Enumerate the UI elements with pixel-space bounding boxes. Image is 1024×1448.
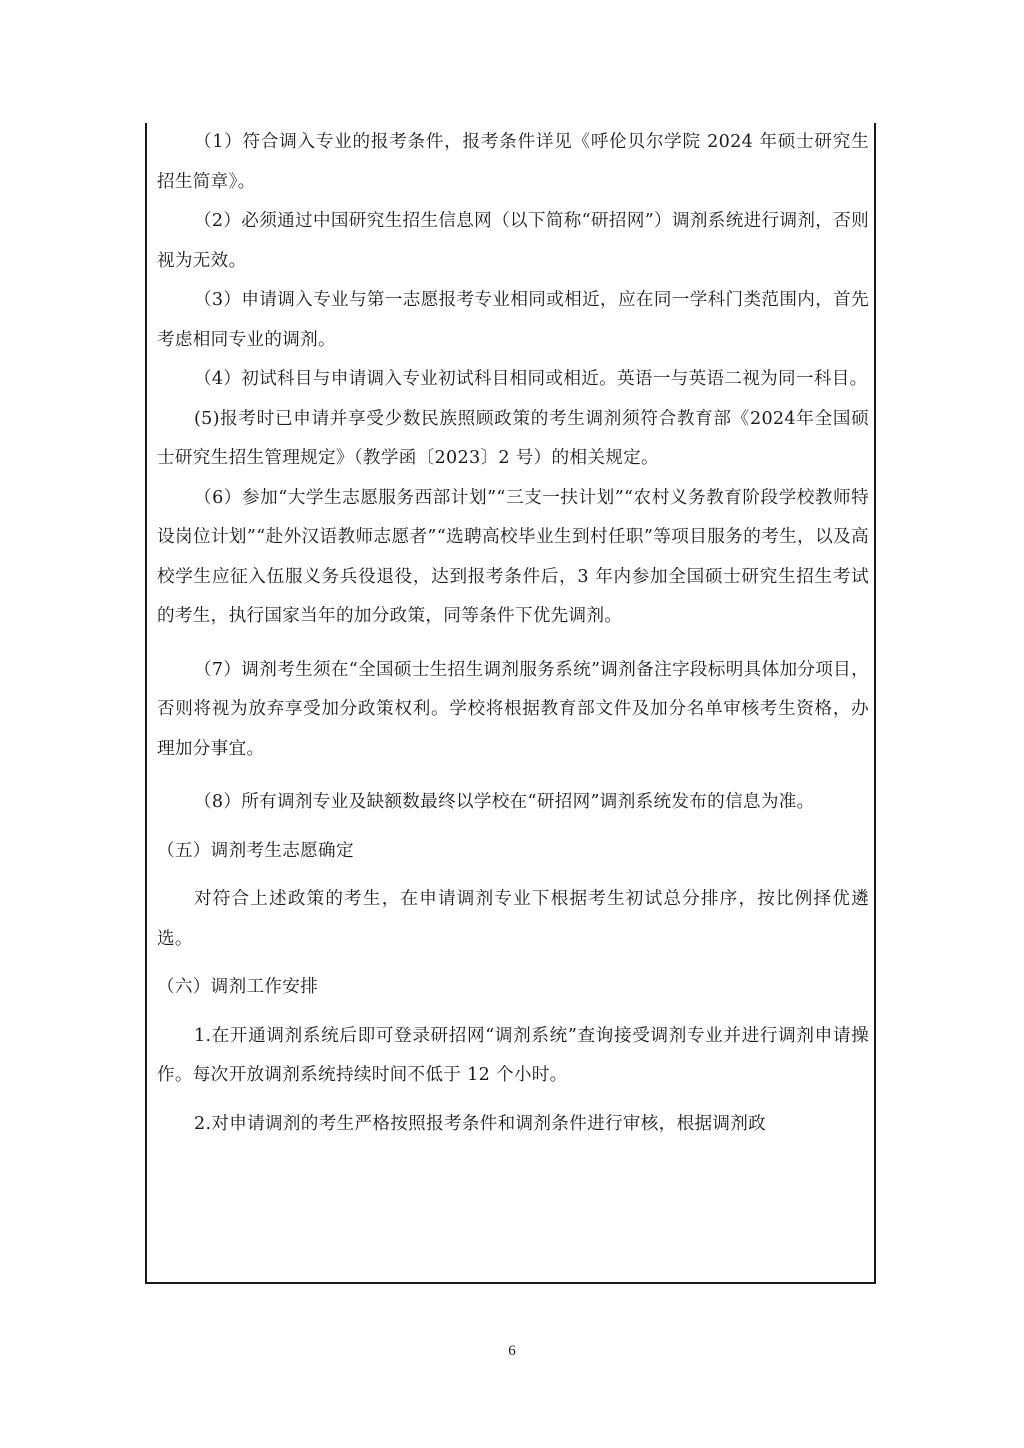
section-5-body: 对符合上述政策的考生，在申请调剂专业下根据考生初试总分排序，按比例择优遴选。: [157, 880, 869, 959]
condition-5: (5)报考时已申请并享受少数民族照顾政策的考生调剂须符合教育部《2024年全国硕…: [157, 400, 869, 479]
condition-1: （1）符合调入专业的报考条件，报考条件详见《呼伦贝尔学院 2024 年硕士研究生…: [157, 123, 869, 202]
section-5-heading: （五）调剂考生志愿确定: [157, 832, 869, 872]
section-6-item-1: 1.在开通调剂系统后即可登录研招网“调剂系统”查询接受调剂专业并进行调剂申请操作…: [157, 1017, 869, 1096]
section-6-item-2: 2.对申请调剂的考生严格按照报考条件和调剂条件进行审核，根据调剂政: [157, 1105, 869, 1145]
condition-2: （2）必须通过中国研究生招生信息网（以下简称“研招网”）调剂系统进行调剂，否则视…: [157, 202, 869, 281]
condition-8: （8）所有调剂专业及缺额数最终以学校在“研招网”调剂系统发布的信息为准。: [157, 783, 869, 823]
document-body: （1）符合调入专业的报考条件，报考条件详见《呼伦贝尔学院 2024 年硕士研究生…: [157, 123, 869, 1144]
condition-4: （4）初试科目与申请调入专业初试科目相同或相近。英语一与英语二视为同一科目。: [157, 360, 869, 400]
page-number: 6: [0, 1343, 1024, 1360]
condition-6: （6）参加“大学生志愿服务西部计划”“三支一扶计划”“农村义务教育阶段学校教师特…: [157, 479, 869, 637]
condition-7: （7）调剂考生须在“全国硕士生招生调剂服务系统”调剂备注字段标明具体加分项目，否…: [157, 651, 869, 770]
section-6-heading: （六）调剂工作安排: [157, 968, 869, 1008]
condition-3: （3）申请调入专业与第一志愿报考专业相同或相近，应在同一学科门类范围内，首先考虑…: [157, 281, 869, 360]
